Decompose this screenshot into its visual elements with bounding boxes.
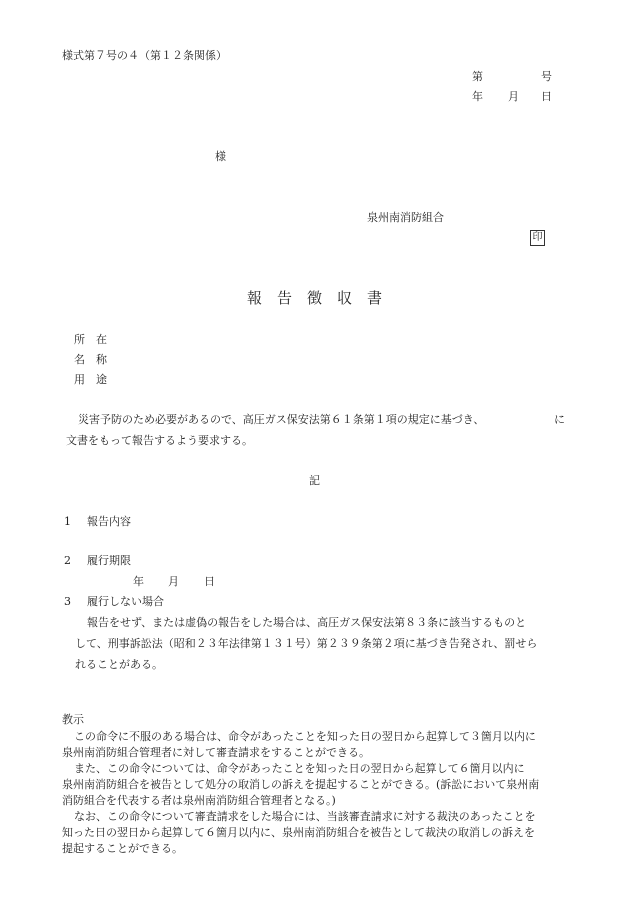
- item-2-label: 履行期限: [87, 555, 131, 566]
- field-location: 所 在: [74, 334, 107, 345]
- document-title: 報告徴収書: [247, 291, 397, 306]
- item-2-month: 月: [168, 576, 179, 587]
- item-2-year: 年: [133, 576, 144, 587]
- item-2-number: 2: [64, 555, 71, 566]
- field-purpose: 用 途: [74, 374, 107, 385]
- notice-line-8: 提起することができる。: [62, 843, 183, 854]
- field-name: 名 称: [74, 354, 107, 365]
- intro-line-1-end: に: [554, 414, 565, 425]
- date-year: 年: [472, 91, 483, 102]
- item-2-day: 日: [204, 576, 215, 587]
- form-number: 様式第７号の４（第１２条関係）: [62, 50, 227, 61]
- ki-marker: 記: [309, 475, 320, 486]
- notice-line-2: 泉州南消防組合管理者に対して審査請求をすることができる。: [62, 747, 370, 758]
- issuer-name: 泉州南消防組合: [367, 212, 444, 223]
- addressee-honorific: 様: [215, 151, 226, 162]
- doc-number-suffix: 号: [541, 71, 552, 82]
- item-3-text-line-3: れることがある。: [75, 659, 163, 670]
- date-day: 日: [541, 91, 552, 102]
- item-3-number: 3: [64, 596, 71, 607]
- intro-line-2: 文書をもって報告するよう要求する。: [66, 435, 253, 446]
- item-1-number: 1: [64, 516, 71, 527]
- notice-heading: 教示: [62, 714, 84, 725]
- notice-line-3: また、この命令については、命令があったことを知った日の翌日から起算して６箇月以内…: [74, 763, 525, 774]
- date-month: 月: [508, 91, 519, 102]
- seal-mark: 印: [530, 230, 545, 246]
- item-3-label: 履行しない場合: [87, 596, 164, 607]
- notice-line-1: この命令に不服のある場合は、命令があったことを知った日の翌日から起算して３箇月以…: [74, 731, 536, 742]
- notice-line-4: 泉州南消防組合を被告として処分の取消しの訴えを提起することができる。(訴訟におい…: [62, 779, 539, 790]
- intro-line-1: 災害予防のため必要があるので、高圧ガス保安法第６１条第１項の規定に基づき、: [78, 414, 484, 425]
- item-1-label: 報告内容: [87, 516, 131, 527]
- notice-line-5: 消防組合を代表する者は泉州南消防組合管理者となる。): [62, 795, 336, 806]
- doc-number-prefix: 第: [472, 71, 483, 82]
- item-3-text-line-2: して、刑事訴訟法（昭和２３年法律第１３１号）第２３９条第２項に基づき告発され、罰…: [75, 638, 537, 649]
- notice-line-6: なお、この命令について審査請求をした場合には、当該審査請求に対する裁決のあったこ…: [74, 811, 536, 822]
- notice-line-7: 知った日の翌日から起算して６箇月以内に、泉州南消防組合を被告として裁決の取消しの…: [62, 827, 535, 838]
- item-3-text-line-1: 報告をせず、または虚偽の報告をした場合は、高圧ガス保安法第８３条に該当するものと: [87, 617, 526, 628]
